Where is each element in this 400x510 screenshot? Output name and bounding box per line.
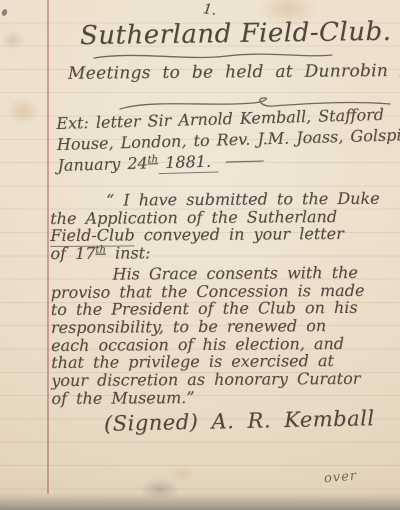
body-date-pre: of 17 [50,244,95,263]
body-line: your discretion as honorary Curator [51,370,399,390]
letter-body: “ I have submitted to the Duke the Appli… [50,190,399,408]
heading-date-ordinal: th [147,154,158,165]
heading-dash-flourish: — [223,149,265,171]
page-number: 1. [202,1,217,19]
paper-stain [6,98,40,124]
heading-block: Ext: letter Sir Arnold Kemball, Stafford… [56,103,400,179]
heading-date-pre: January 24 [57,153,148,175]
body-date-ordinal: th [95,245,106,256]
paper-stain [0,30,26,50]
manuscript-page: 1. Sutherland Field-Club. Meetings to be… [0,0,400,510]
body-line: of the Museum.” [51,387,399,407]
paper-stain [170,466,196,482]
body-line: “ I have submitted to the Duke [50,190,398,210]
signature-line: (Signed) A. R. Kemball [104,406,375,436]
document-title: Sutherland Field-Club. [80,17,392,51]
heading-date-year: 1881. [158,151,219,174]
body-line-rest: conveyed in your letter [135,224,344,244]
over-note: over [323,469,357,487]
body-line-rest: inst: [106,243,151,262]
ink-fleck [1,8,8,16]
red-margin-rule [47,0,49,494]
page-bottom-edge [0,493,400,510]
document-subtitle: Meetings to be held at Dunrobin Museum [68,60,400,84]
